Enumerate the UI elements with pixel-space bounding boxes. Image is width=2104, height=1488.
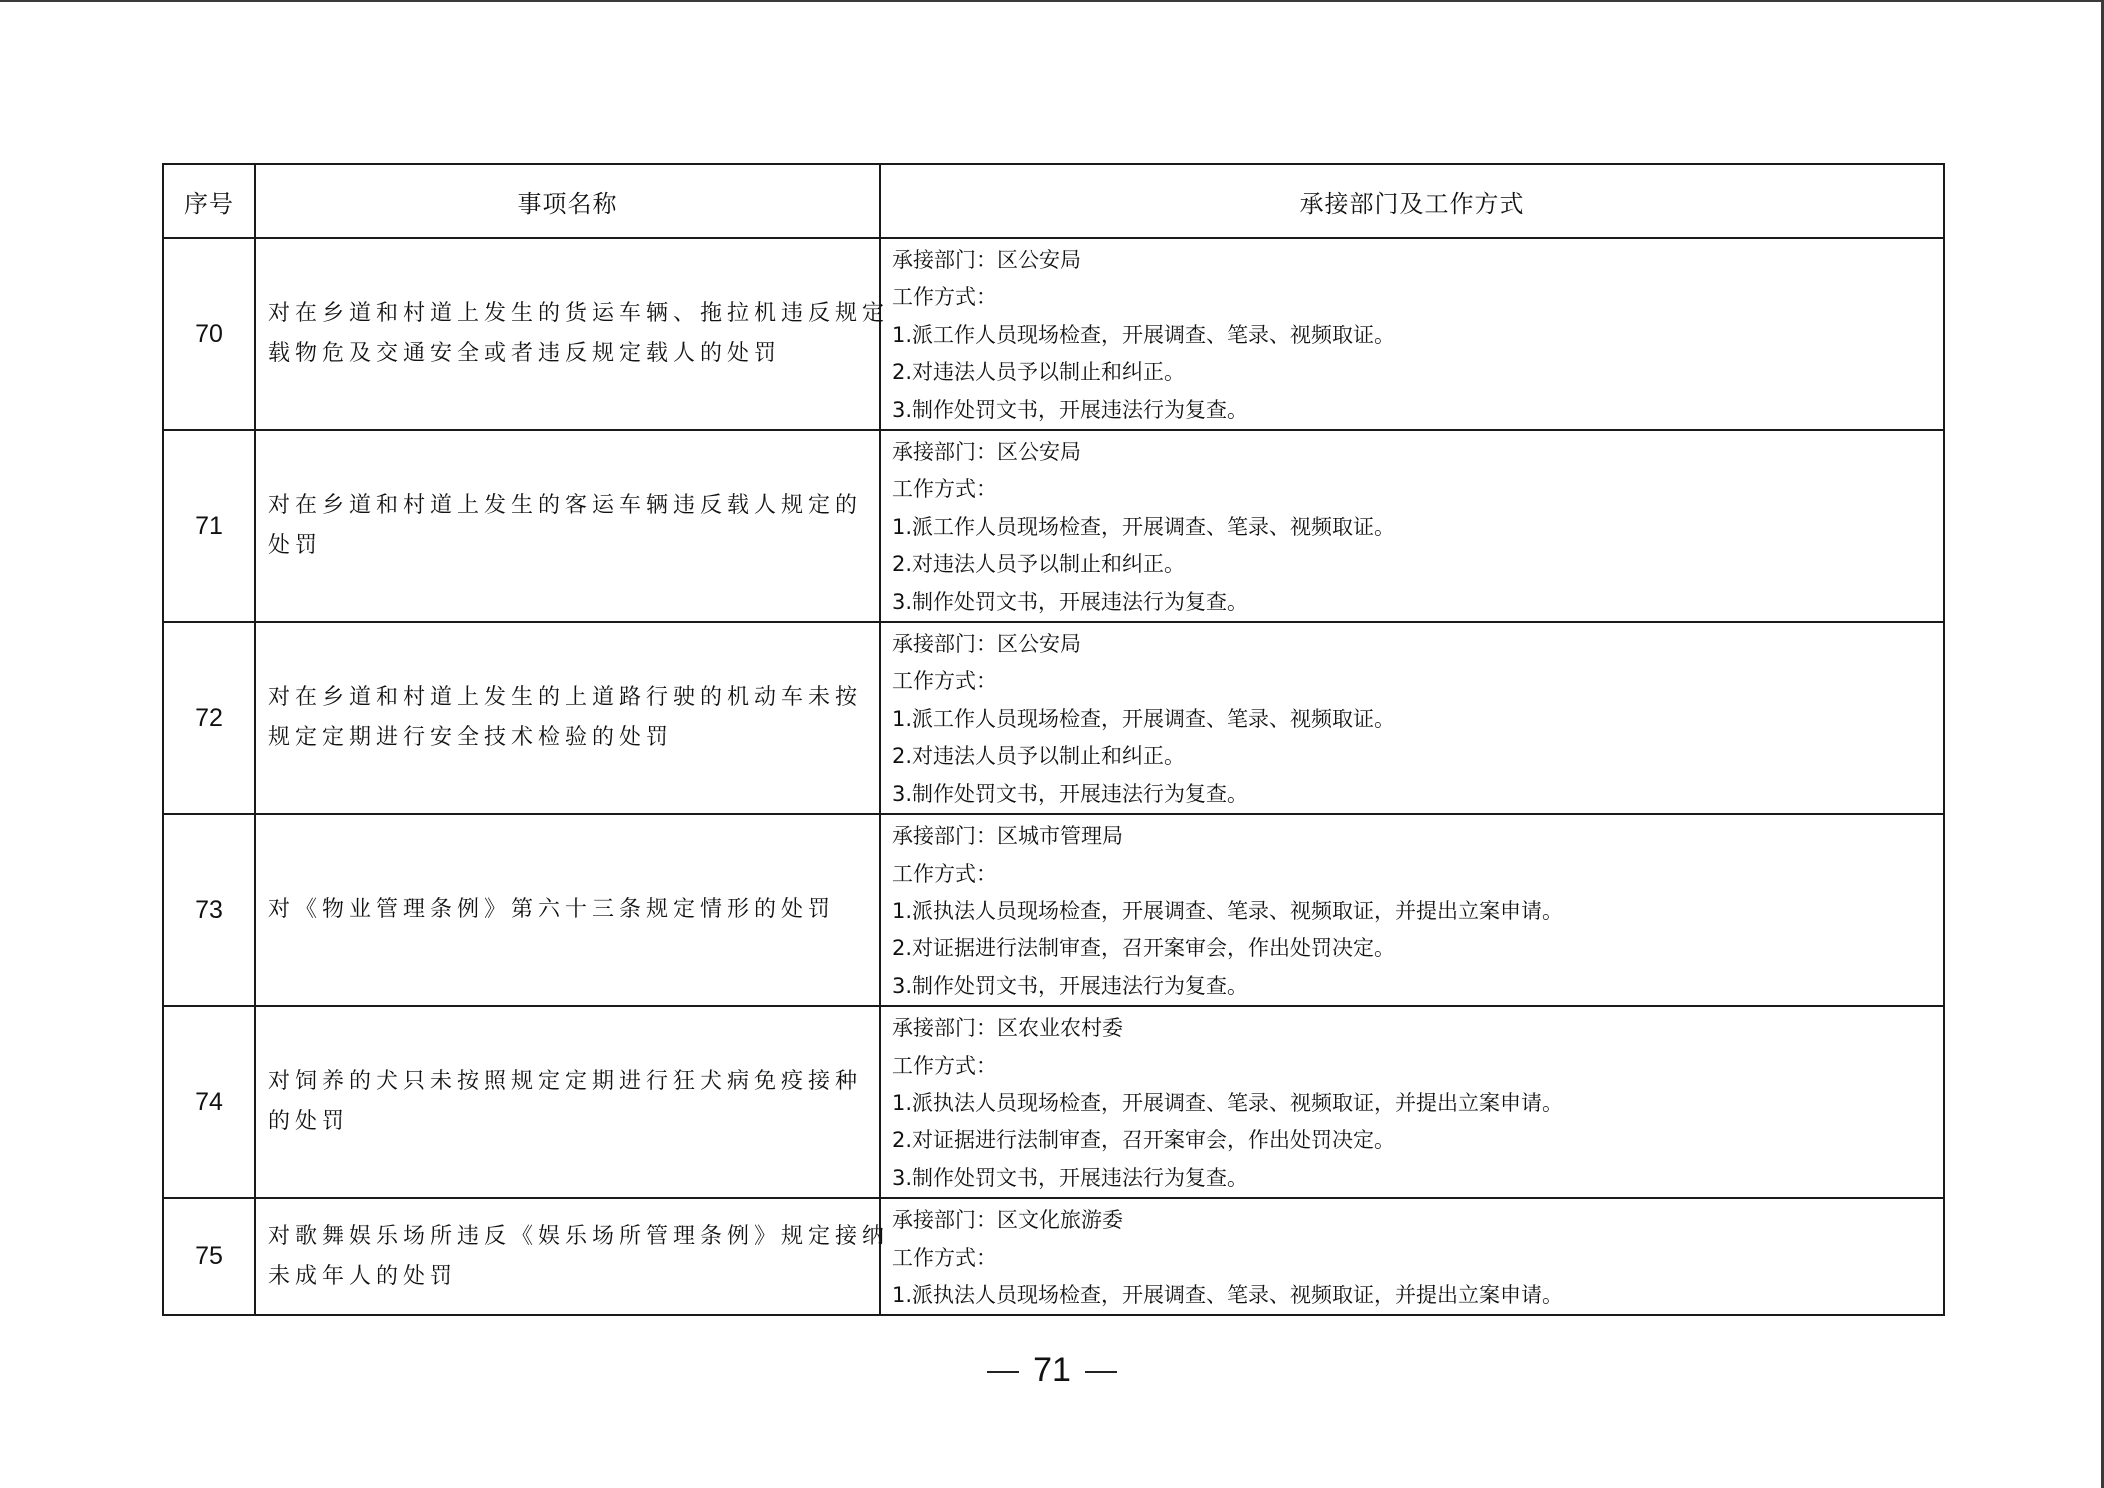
work-step-2: 2.对违法人员予以制止和纠正。 [892, 738, 1933, 775]
work-method-label: 工作方式： [892, 1048, 1933, 1085]
work-method-label: 工作方式： [892, 471, 1933, 508]
work-step-1: 1.派执法人员现场检查，开展调查、笔录、视频取证，并提出立案申请。 [892, 893, 1933, 930]
dash-right [1085, 1371, 1117, 1373]
department-line: 承接部门：区公安局 [892, 626, 1933, 663]
work-step-1: 1.派执法人员现场检查，开展调查、笔录、视频取证，并提出立案申请。 [892, 1277, 1933, 1314]
department-method-cell: 承接部门：区公安局 工作方式： 1.派工作人员现场检查，开展调查、笔录、视频取证… [880, 238, 1944, 430]
work-method-label: 工作方式： [892, 1240, 1933, 1277]
work-step-3: 3.制作处罚文书，开展违法行为复查。 [892, 584, 1933, 621]
matter-name-line: 对饲养的犬只未按照规定定期进行狂犬病免疫接种 [268, 1062, 869, 1102]
work-step-2: 2.对证据进行法制审查，召开案审会，作出处罚决定。 [892, 930, 1933, 967]
work-step-1: 1.派工作人员现场检查，开展调查、笔录、视频取证。 [892, 509, 1933, 546]
serial-number-cell: 70 [163, 238, 255, 430]
matter-name-cell: 对在乡道和村道上发生的客运车辆违反载人规定的 处罚 [255, 430, 880, 622]
page-number: 71 [1033, 1351, 1071, 1389]
department-method-cell: 承接部门：区文化旅游委 工作方式： 1.派执法人员现场检查，开展调查、笔录、视频… [880, 1198, 1944, 1315]
department-method-cell: 承接部门：区城市管理局 工作方式： 1.派执法人员现场检查，开展调查、笔录、视频… [880, 814, 1944, 1006]
header-matter-name: 事项名称 [255, 164, 880, 238]
table-row: 73 对《物业管理条例》第六十三条规定情形的处罚 承接部门：区城市管理局 工作方… [163, 814, 1944, 1006]
work-step-1: 1.派工作人员现场检查，开展调查、笔录、视频取证。 [892, 701, 1933, 738]
matter-name-cell: 对饲养的犬只未按照规定定期进行狂犬病免疫接种 的处罚 [255, 1006, 880, 1198]
work-step-1: 1.派工作人员现场检查，开展调查、笔录、视频取证。 [892, 317, 1933, 354]
matters-table: 序号 事项名称 承接部门及工作方式 70 对在乡道和村道上发生的货运车辆、拖拉机… [162, 163, 1945, 1316]
work-step-3: 3.制作处罚文书，开展违法行为复查。 [892, 1160, 1933, 1197]
matter-name-line: 未成年人的处罚 [268, 1257, 869, 1297]
table-row: 75 对歌舞娱乐场所违反《娱乐场所管理条例》规定接纳 未成年人的处罚 承接部门：… [163, 1198, 1944, 1315]
matter-name-cell: 对歌舞娱乐场所违反《娱乐场所管理条例》规定接纳 未成年人的处罚 [255, 1198, 880, 1315]
matter-name-line: 规定定期进行安全技术检验的处罚 [268, 718, 869, 758]
work-step-3: 3.制作处罚文书，开展违法行为复查。 [892, 392, 1933, 429]
serial-number-cell: 71 [163, 430, 255, 622]
matter-name-cell: 对在乡道和村道上发生的货运车辆、拖拉机违反规定 载物危及交通安全或者违反规定载人… [255, 238, 880, 430]
serial-number-cell: 72 [163, 622, 255, 814]
dash-left [987, 1371, 1019, 1373]
department-method-cell: 承接部门：区公安局 工作方式： 1.派工作人员现场检查，开展调查、笔录、视频取证… [880, 622, 1944, 814]
matter-name-cell: 对《物业管理条例》第六十三条规定情形的处罚 [255, 814, 880, 1006]
table-row: 70 对在乡道和村道上发生的货运车辆、拖拉机违反规定 载物危及交通安全或者违反规… [163, 238, 1944, 430]
matter-name-line: 处罚 [268, 526, 869, 566]
work-method-label: 工作方式： [892, 279, 1933, 316]
work-step-3: 3.制作处罚文书，开展违法行为复查。 [892, 968, 1933, 1005]
matter-name-cell: 对在乡道和村道上发生的上道路行驶的机动车未按 规定定期进行安全技术检验的处罚 [255, 622, 880, 814]
header-serial-number: 序号 [163, 164, 255, 238]
serial-number-cell: 75 [163, 1198, 255, 1315]
table-row: 74 对饲养的犬只未按照规定定期进行狂犬病免疫接种 的处罚 承接部门：区农业农村… [163, 1006, 1944, 1198]
work-step-3: 3.制作处罚文书，开展违法行为复查。 [892, 776, 1933, 813]
department-line: 承接部门：区农业农村委 [892, 1010, 1933, 1047]
work-method-label: 工作方式： [892, 856, 1933, 893]
table-header-row: 序号 事项名称 承接部门及工作方式 [163, 164, 1944, 238]
table-row: 72 对在乡道和村道上发生的上道路行驶的机动车未按 规定定期进行安全技术检验的处… [163, 622, 1944, 814]
department-line: 承接部门：区文化旅游委 [892, 1202, 1933, 1239]
work-step-2: 2.对违法人员予以制止和纠正。 [892, 546, 1933, 583]
work-step-2: 2.对证据进行法制审查，召开案审会，作出处罚决定。 [892, 1122, 1933, 1159]
department-line: 承接部门：区公安局 [892, 434, 1933, 471]
department-method-cell: 承接部门：区公安局 工作方式： 1.派工作人员现场检查，开展调查、笔录、视频取证… [880, 430, 1944, 622]
work-step-1: 1.派执法人员现场检查，开展调查、笔录、视频取证，并提出立案申请。 [892, 1085, 1933, 1122]
page-top-edge [0, 0, 2104, 2]
work-step-2: 2.对违法人员予以制止和纠正。 [892, 354, 1933, 391]
department-method-cell: 承接部门：区农业农村委 工作方式： 1.派执法人员现场检查，开展调查、笔录、视频… [880, 1006, 1944, 1198]
department-line: 承接部门：区公安局 [892, 242, 1933, 279]
department-line: 承接部门：区城市管理局 [892, 818, 1933, 855]
serial-number-cell: 74 [163, 1006, 255, 1198]
matter-name-line: 载物危及交通安全或者违反规定载人的处罚 [268, 334, 869, 374]
matter-name-line: 对《物业管理条例》第六十三条规定情形的处罚 [268, 890, 869, 930]
work-method-label: 工作方式： [892, 663, 1933, 700]
table-row: 71 对在乡道和村道上发生的客运车辆违反载人规定的 处罚 承接部门：区公安局 工… [163, 430, 1944, 622]
matter-name-line: 对在乡道和村道上发生的货运车辆、拖拉机违反规定 [268, 294, 869, 334]
page-number-footer: 71 [0, 1350, 2104, 1390]
serial-number-cell: 73 [163, 814, 255, 1006]
matter-name-line: 对在乡道和村道上发生的客运车辆违反载人规定的 [268, 486, 869, 526]
header-department-method: 承接部门及工作方式 [880, 164, 1944, 238]
matter-name-line: 对歌舞娱乐场所违反《娱乐场所管理条例》规定接纳 [268, 1217, 869, 1257]
matter-name-line: 对在乡道和村道上发生的上道路行驶的机动车未按 [268, 678, 869, 718]
matter-name-line: 的处罚 [268, 1102, 869, 1142]
